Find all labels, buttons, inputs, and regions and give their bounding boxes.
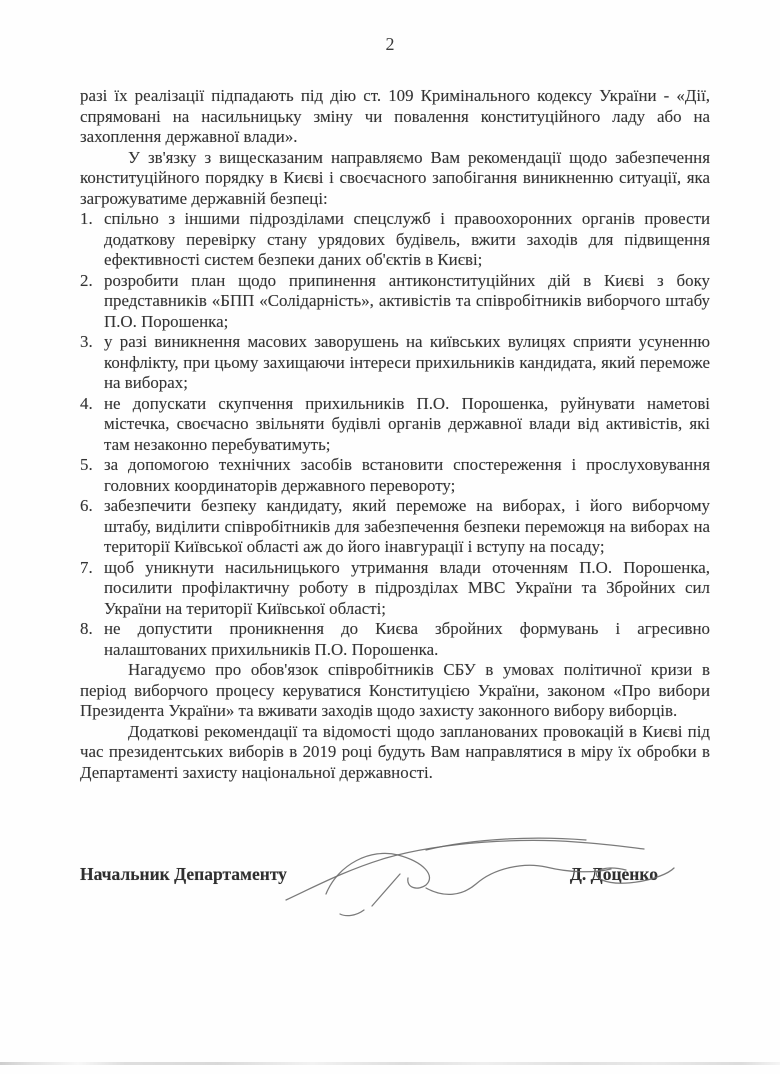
list-item: 3. у разі виникнення масових заворушень … bbox=[80, 332, 710, 394]
paragraph-legal-basis: разі їх реалізації підпадають під дію ст… bbox=[80, 86, 710, 148]
list-item: 2. розробити план щодо припинення антико… bbox=[80, 271, 710, 333]
list-item-text: забезпечити безпеку кандидату, який пере… bbox=[104, 496, 710, 558]
list-item-number: 8. bbox=[80, 619, 104, 640]
list-item-number: 1. bbox=[80, 209, 104, 230]
paragraph-additional-info: Додаткові рекомендації та відомості щодо… bbox=[80, 722, 710, 784]
page-number: 2 bbox=[0, 34, 780, 55]
list-item-number: 4. bbox=[80, 394, 104, 415]
list-item-number: 2. bbox=[80, 271, 104, 292]
list-item: 7. щоб уникнути насильницького утримання… bbox=[80, 558, 710, 620]
list-item: 4. не допускати скупчення прихильників П… bbox=[80, 394, 710, 456]
list-item-number: 5. bbox=[80, 455, 104, 476]
list-item-text: за допомогою технічних засобів встановит… bbox=[104, 455, 710, 496]
list-item-number: 6. bbox=[80, 496, 104, 517]
list-item-number: 7. bbox=[80, 558, 104, 579]
list-item: 5. за допомогою технічних засобів встано… bbox=[80, 455, 710, 496]
list-item-text: не допустити проникнення до Києва збройн… bbox=[104, 619, 710, 660]
list-item-text: у разі виникнення масових заворушень на … bbox=[104, 332, 710, 394]
list-item-text: розробити план щодо припинення антиконст… bbox=[104, 271, 710, 333]
signatory-name: Д. Доценко bbox=[570, 864, 658, 885]
list-item-number: 3. bbox=[80, 332, 104, 353]
list-item-text: не допускати скупчення прихильників П.О.… bbox=[104, 394, 710, 456]
scanned-document-page: 2 разі їх реалізації підпадають під дію … bbox=[0, 0, 780, 1074]
recommendations-list: 1. спільно з іншими підрозділами спецслу… bbox=[80, 209, 710, 660]
list-item: 1. спільно з іншими підрозділами спецслу… bbox=[80, 209, 710, 271]
list-item-text: спільно з іншими підрозділами спецслужб … bbox=[104, 209, 710, 271]
list-item: 6. забезпечити безпеку кандидату, який п… bbox=[80, 496, 710, 558]
list-item-text: щоб уникнути насильницького утримання вл… bbox=[104, 558, 710, 620]
signatory-title: Начальник Департаменту bbox=[80, 864, 287, 885]
paragraph-recommendations-intro: У зв'язку з вищесказаним направляємо Вам… bbox=[80, 148, 710, 210]
signature-block: Начальник Департаменту Д. Доценко bbox=[80, 864, 710, 885]
paragraph-sbu-reminder: Нагадуємо про обов'язок співробітників С… bbox=[80, 660, 710, 722]
document-body: разі їх реалізації підпадають під дію ст… bbox=[80, 86, 710, 783]
scan-edge-artifact bbox=[0, 1062, 780, 1065]
list-item: 8. не допустити проникнення до Києва збр… bbox=[80, 619, 710, 660]
